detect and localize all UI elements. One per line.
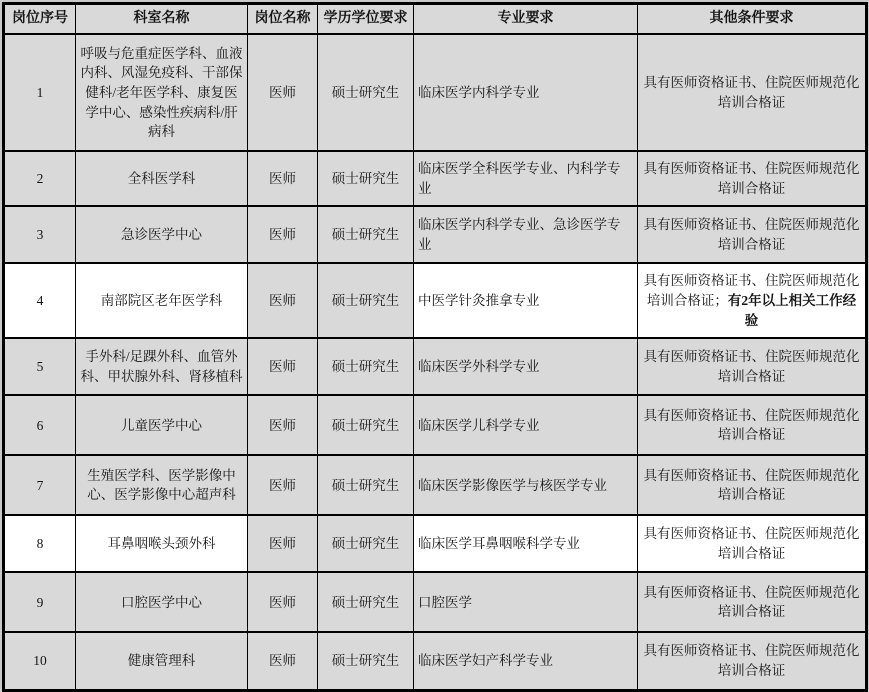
table-row: 4 南部院区老年医学科 医师 硕士研究生 中医学针灸推拿专业 具有医师资格证书、… — [4, 263, 867, 338]
table-row: 6 儿童医学中心 医师 硕士研究生 临床医学儿科学专业 具有医师资格证书、住院医… — [4, 395, 867, 455]
cell-position-name: 医师 — [248, 338, 318, 395]
cell-degree-req: 硕士研究生 — [318, 572, 414, 632]
table-row: 8 耳鼻咽喉头颈外科 医师 硕士研究生 临床医学耳鼻咽喉科学专业 具有医师资格证… — [4, 515, 867, 572]
table-row: 3 急诊医学中心 医师 硕士研究生 临床医学内科学专业、急诊医学专业 具有医师资… — [4, 206, 867, 263]
header-position-name: 岗位名称 — [248, 4, 318, 35]
cell-major-req: 临床医学妇产科学专业 — [414, 632, 638, 689]
cell-major-req: 临床医学内科学专业、急诊医学专业 — [414, 206, 638, 263]
cell-position-no: 8 — [4, 515, 76, 572]
cell-major-req: 中医学针灸推拿专业 — [414, 263, 638, 338]
recruitment-table: 岗位序号 科室名称 岗位名称 学历学位要求 专业要求 其他条件要求 1 呼吸与危… — [2, 2, 868, 689]
cell-major-req: 口腔医学 — [414, 572, 638, 632]
cell-dept-name: 口腔医学中心 — [76, 572, 248, 632]
cell-dept-name: 耳鼻咽喉头颈外科 — [76, 515, 248, 572]
cell-position-no: 2 — [4, 151, 76, 206]
table-row: 9 口腔医学中心 医师 硕士研究生 口腔医学 具有医师资格证书、住院医师规范化培… — [4, 572, 867, 632]
cell-dept-name: 呼吸与危重症医学科、血液内科、风湿免疫科、干部保健科/老年医学科、康复医学中心、… — [76, 34, 248, 151]
cell-position-name: 医师 — [248, 206, 318, 263]
other-req-text: 具有医师资格证书、住院医师规范化培训合格证 — [644, 408, 860, 443]
cell-position-name: 医师 — [248, 515, 318, 572]
other-req-text: 具有医师资格证书、住院医师规范化培训合格证 — [644, 217, 860, 252]
cell-other-req: 具有医师资格证书、住院医师规范化培训合格证 — [638, 151, 867, 206]
other-req-text: 具有医师资格证书、住院医师规范化培训合格证 — [644, 468, 860, 503]
cell-dept-name: 手外科/足踝外科、血管外科、甲状腺外科、肾移植科 — [76, 338, 248, 395]
table-row: 10 健康管理科 医师 硕士研究生 临床医学妇产科学专业 具有医师资格证书、住院… — [4, 632, 867, 689]
header-major-req: 专业要求 — [414, 4, 638, 35]
cell-degree-req: 硕士研究生 — [318, 338, 414, 395]
cell-degree-req: 硕士研究生 — [318, 263, 414, 338]
cell-degree-req: 硕士研究生 — [318, 515, 414, 572]
other-req-text: 具有医师资格证书、住院医师规范化培训合格证 — [644, 161, 860, 196]
cell-position-name: 医师 — [248, 455, 318, 515]
cell-other-req: 具有医师资格证书、住院医师规范化培训合格证 — [638, 206, 867, 263]
header-dept-name: 科室名称 — [76, 4, 248, 35]
cell-degree-req: 硕士研究生 — [318, 455, 414, 515]
cell-position-no: 4 — [4, 263, 76, 338]
cell-dept-name: 急诊医学中心 — [76, 206, 248, 263]
cell-dept-name: 儿童医学中心 — [76, 395, 248, 455]
cell-position-name: 医师 — [248, 572, 318, 632]
cell-position-name: 医师 — [248, 632, 318, 689]
cell-position-no: 6 — [4, 395, 76, 455]
cell-other-req: 具有医师资格证书、住院医师规范化培训合格证 — [638, 632, 867, 689]
header-degree-req: 学历学位要求 — [318, 4, 414, 35]
cell-major-req: 临床医学耳鼻咽喉科学专业 — [414, 515, 638, 572]
cell-other-req: 具有医师资格证书、住院医师规范化培训合格证 — [638, 395, 867, 455]
cell-position-no: 1 — [4, 34, 76, 151]
header-position-no: 岗位序号 — [4, 4, 76, 35]
cell-position-no: 9 — [4, 572, 76, 632]
table-row: 7 生殖医学科、医学影像中心、医学影像中心超声科 医师 硕士研究生 临床医学影像… — [4, 455, 867, 515]
other-req-text: 具有医师资格证书、住院医师规范化培训合格证 — [644, 643, 860, 678]
cell-dept-name: 健康管理科 — [76, 632, 248, 689]
cell-dept-name: 生殖医学科、医学影像中心、医学影像中心超声科 — [76, 455, 248, 515]
cell-position-no: 7 — [4, 455, 76, 515]
page-frame: 岗位序号 科室名称 岗位名称 学历学位要求 专业要求 其他条件要求 1 呼吸与危… — [0, 0, 869, 689]
cell-position-name: 医师 — [248, 34, 318, 151]
cell-other-req: 具有医师资格证书、住院医师规范化培训合格证；有2年以上相关工作经验 — [638, 263, 867, 338]
cell-major-req: 临床医学外科学专业 — [414, 338, 638, 395]
cell-other-req: 具有医师资格证书、住院医师规范化培训合格证 — [638, 34, 867, 151]
cell-other-req: 具有医师资格证书、住院医师规范化培训合格证 — [638, 515, 867, 572]
cell-other-req: 具有医师资格证书、住院医师规范化培训合格证 — [638, 572, 867, 632]
cell-position-name: 医师 — [248, 395, 318, 455]
cell-degree-req: 硕士研究生 — [318, 151, 414, 206]
cell-degree-req: 硕士研究生 — [318, 395, 414, 455]
cell-position-no: 5 — [4, 338, 76, 395]
header-other-req: 其他条件要求 — [638, 4, 867, 35]
cell-major-req: 临床医学儿科学专业 — [414, 395, 638, 455]
other-req-bold-text: 有2年以上相关工作经验 — [728, 293, 856, 328]
cell-other-req: 具有医师资格证书、住院医师规范化培训合格证 — [638, 338, 867, 395]
table-row: 1 呼吸与危重症医学科、血液内科、风湿免疫科、干部保健科/老年医学科、康复医学中… — [4, 34, 867, 151]
table-row: 5 手外科/足踝外科、血管外科、甲状腺外科、肾移植科 医师 硕士研究生 临床医学… — [4, 338, 867, 395]
cell-degree-req: 硕士研究生 — [318, 206, 414, 263]
cell-position-name: 医师 — [248, 151, 318, 206]
cell-major-req: 临床医学全科医学专业、内科学专业 — [414, 151, 638, 206]
cell-major-req: 临床医学影像医学与核医学专业 — [414, 455, 638, 515]
cell-other-req: 具有医师资格证书、住院医师规范化培训合格证 — [638, 455, 867, 515]
cell-major-req: 临床医学内科学专业 — [414, 34, 638, 151]
cell-position-no: 10 — [4, 632, 76, 689]
table-row: 2 全科医学科 医师 硕士研究生 临床医学全科医学专业、内科学专业 具有医师资格… — [4, 151, 867, 206]
other-req-text: 具有医师资格证书、住院医师规范化培训合格证 — [644, 526, 860, 561]
table-header-row: 岗位序号 科室名称 岗位名称 学历学位要求 专业要求 其他条件要求 — [4, 4, 867, 35]
cell-position-no: 3 — [4, 206, 76, 263]
other-req-text: 具有医师资格证书、住院医师规范化培训合格证 — [644, 349, 860, 384]
cell-dept-name: 南部院区老年医学科 — [76, 263, 248, 338]
cell-degree-req: 硕士研究生 — [318, 632, 414, 689]
cell-dept-name: 全科医学科 — [76, 151, 248, 206]
other-req-text: 具有医师资格证书、住院医师规范化培训合格证 — [644, 585, 860, 620]
cell-degree-req: 硕士研究生 — [318, 34, 414, 151]
cell-position-name: 医师 — [248, 263, 318, 338]
other-req-text: 具有医师资格证书、住院医师规范化培训合格证 — [644, 75, 860, 110]
